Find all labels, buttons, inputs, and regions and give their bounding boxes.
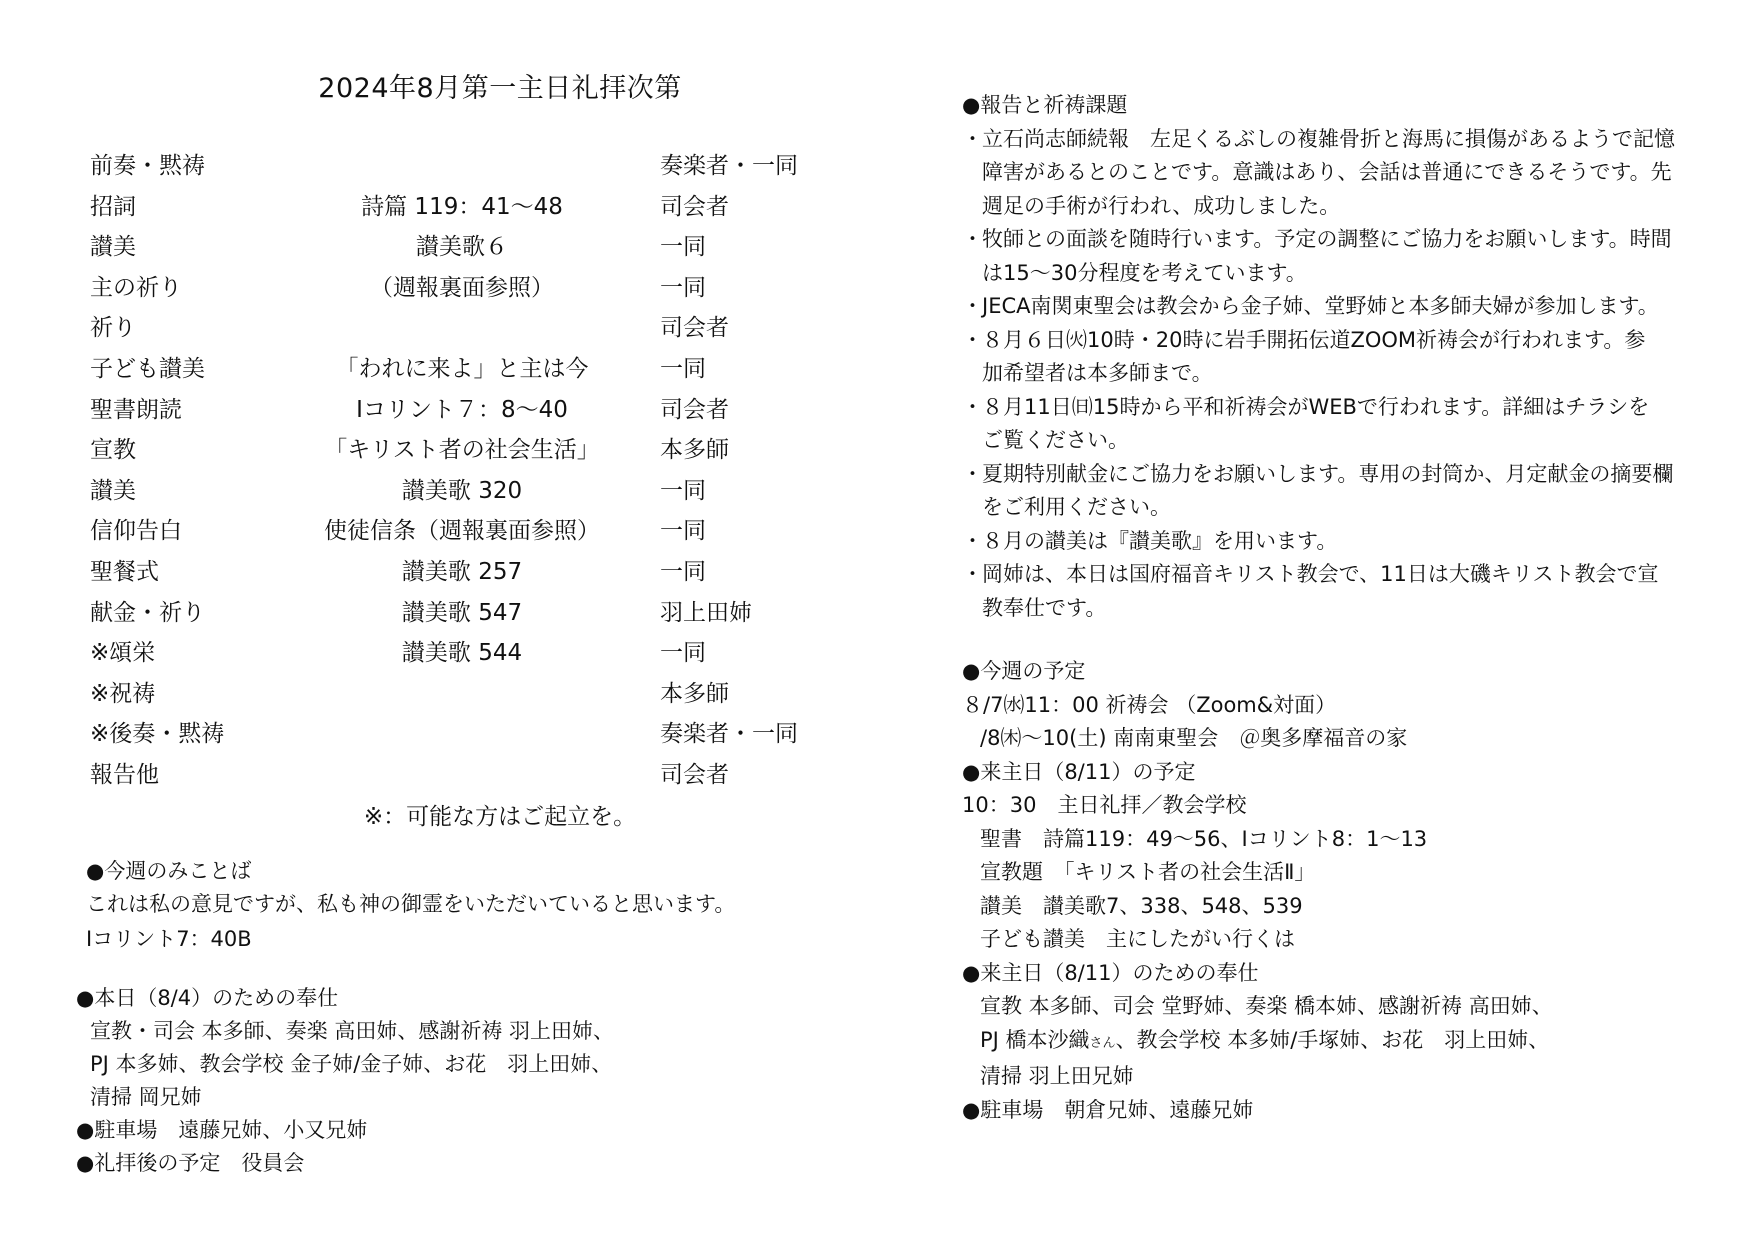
order-leader: 本多師 bbox=[660, 676, 729, 712]
stand-note: ※：可能な方はご起立を。 bbox=[0, 798, 1000, 831]
order-content: 讃美歌 257 bbox=[290, 554, 634, 590]
order-row: ※後奏・黙祷奏楽者・一同 bbox=[90, 716, 850, 757]
bullet-icon: ・ bbox=[962, 123, 983, 157]
after-service: ●礼拝後の予定 役員会 bbox=[76, 1147, 614, 1180]
order-leader: 一同 bbox=[660, 229, 706, 265]
today-service: ●本日（8/4）のための奉仕 宣教・司会 本多師、奏楽 高田姉、感謝祈祷 羽上田… bbox=[76, 982, 614, 1180]
report-line: ８月の讃美は『讃美歌』を用います。 bbox=[982, 525, 1722, 559]
bullet-icon: ・ bbox=[962, 525, 983, 559]
order-leader: 本多師 bbox=[660, 432, 729, 468]
order-row: 聖餐式讃美歌 257一同 bbox=[90, 554, 850, 595]
order-row: 信仰告白使徒信条（週報裏面参照）一同 bbox=[90, 513, 850, 554]
order-leader: 一同 bbox=[660, 270, 706, 306]
next-service-pj: PJ 橋本沙織 bbox=[980, 1028, 1090, 1052]
order-content: 讃美歌 547 bbox=[290, 595, 634, 631]
order-item: 宣教 bbox=[90, 432, 136, 468]
order-row: ※祝祷本多師 bbox=[90, 676, 850, 717]
order-item: 祈り bbox=[90, 310, 136, 346]
report-item: ・ 夏期特別献金にご協力をお願いします。専用の封筒か、月定献金の摘要欄 をご利用… bbox=[962, 458, 1722, 525]
report-line: JECA南関東聖会は教会から金子姉、堂野姉と本多師夫婦が参加します。 bbox=[982, 290, 1722, 324]
reports-section: ●報告と祈祷課題 ・ 立石尚志師続報 左足くるぶしの複雑骨折と海馬に損傷があるよ… bbox=[962, 89, 1722, 625]
order-leader: 一同 bbox=[660, 635, 706, 671]
order-row: 報告他司会者 bbox=[90, 757, 850, 798]
word-of-week-heading: ●今週のみことば bbox=[86, 855, 735, 888]
order-content: 讃美歌６ bbox=[290, 229, 634, 265]
order-content: 讃美歌 320 bbox=[290, 473, 634, 509]
next-service-heading: ●来主日（8/11）のための奉仕 bbox=[962, 957, 1722, 991]
order-leader: 司会者 bbox=[660, 189, 729, 225]
this-week-line: /8㈭～10(土) 南南東聖会 ＠奥多摩福音の家 bbox=[962, 722, 1722, 756]
order-leader: 一同 bbox=[660, 473, 706, 509]
today-service-heading: ●本日（8/4）のための奉仕 bbox=[76, 982, 614, 1015]
report-line: 加希望者は本多師まで。 bbox=[982, 357, 1722, 391]
next-sunday-detail: 子ども讃美 主にしたがい行くは bbox=[962, 923, 1722, 957]
order-row: 子ども讃美「われに来よ」と主は今一同 bbox=[90, 351, 850, 392]
report-line: 教奉仕です。 bbox=[982, 592, 1722, 626]
order-content: Ⅰコリント７：8～40 bbox=[290, 392, 634, 428]
this-week-line: ８/7㈬11：00 祈祷会 （Zoom&対面） bbox=[962, 689, 1722, 723]
report-item: ・ 岡姉は、本日は国府福音キリスト教会で、11日は大磯キリスト教会で宣 教奉仕で… bbox=[962, 558, 1722, 625]
order-row: 招詞詩篇 119：41～48司会者 bbox=[90, 189, 850, 230]
report-line: 牧師との面談を随時行います。予定の調整にご協力をお願いします。時間 bbox=[982, 223, 1722, 257]
word-of-week-reference: Ⅰコリント7：40B bbox=[86, 923, 735, 956]
order-item: ※頌栄 bbox=[90, 635, 155, 671]
report-item: ・ 牧師との面談を随時行います。予定の調整にご協力をお願いします。時間 は15～… bbox=[962, 223, 1722, 290]
report-line: ８月６日㈫10時・20時に岩手開拓伝道ZOOM祈祷会が行われます。参 bbox=[982, 324, 1722, 358]
honorific: さん bbox=[1090, 1036, 1116, 1051]
report-line: ８月11日㈰15時から平和祈祷会がWEBで行われます。詳細はチラシを bbox=[982, 391, 1722, 425]
report-item: ・ ８月11日㈰15時から平和祈祷会がWEBで行われます。詳細はチラシを ご覧く… bbox=[962, 391, 1722, 458]
next-sunday-heading: ●来主日（8/11）の予定 bbox=[962, 756, 1722, 790]
order-content: 詩篇 119：41～48 bbox=[290, 189, 634, 225]
order-item: 讃美 bbox=[90, 229, 136, 265]
bullet-icon: ・ bbox=[962, 558, 983, 592]
order-leader: 一同 bbox=[660, 351, 706, 387]
order-leader: 羽上田姉 bbox=[660, 595, 752, 631]
parking-next: ●駐車場 朝倉兄姉、遠藤兄姉 bbox=[962, 1094, 1722, 1128]
report-line: ご覧ください。 bbox=[982, 424, 1722, 458]
order-item: ※後奏・黙祷 bbox=[90, 716, 224, 752]
order-content: （週報裏面参照） bbox=[290, 270, 634, 306]
order-content: 使徒信条（週報裏面参照） bbox=[290, 513, 634, 549]
order-row: ※頌栄讃美歌 544一同 bbox=[90, 635, 850, 676]
order-row: 讃美讃美歌６一同 bbox=[90, 229, 850, 270]
today-service-line: PJ 本多姉、教会学校 金子姉/金子姉、お花 羽上田姉、 bbox=[76, 1048, 614, 1081]
order-item: 主の祈り bbox=[90, 270, 182, 306]
order-row: 献金・祈り讃美歌 547羽上田姉 bbox=[90, 595, 850, 636]
order-item: 報告他 bbox=[90, 757, 159, 793]
order-row: 祈り司会者 bbox=[90, 310, 850, 351]
report-item: ・ 立石尚志師続報 左足くるぶしの複雑骨折と海馬に損傷があるようで記憶 障害があ… bbox=[962, 123, 1722, 224]
report-line: は15～30分程度を考えています。 bbox=[982, 257, 1722, 291]
next-service-rest: 、教会学校 本多姉/手塚姉、お花 羽上田姉、 bbox=[1116, 1028, 1550, 1052]
report-line: 岡姉は、本日は国府福音キリスト教会で、11日は大磯キリスト教会で宣 bbox=[982, 558, 1722, 592]
next-service-line: 清掃 羽上田兄姉 bbox=[962, 1060, 1722, 1094]
order-content: 讃美歌 544 bbox=[290, 635, 634, 671]
today-service-line: 清掃 岡兄姉 bbox=[76, 1081, 614, 1114]
order-item: ※祝祷 bbox=[90, 676, 155, 712]
bullet-icon: ・ bbox=[962, 391, 983, 425]
order-row: 宣教「キリスト者の社会生活」本多師 bbox=[90, 432, 850, 473]
parking-today: ●駐車場 遠藤兄姉、小又兄姉 bbox=[76, 1114, 614, 1147]
order-item: 聖餐式 bbox=[90, 554, 159, 590]
report-line: 障害があるとのことです。意識はあり、会話は普通にできるそうです。先 bbox=[982, 156, 1722, 190]
order-item: 献金・祈り bbox=[90, 595, 205, 631]
order-content: 「われに来よ」と主は今 bbox=[290, 351, 634, 387]
today-service-line: 宣教・司会 本多師、奏楽 高田姉、感謝祈祷 羽上田姉、 bbox=[76, 1015, 614, 1048]
next-service-line: 宣教 本多師、司会 堂野姉、奏楽 橋本姉、感謝祈祷 高田姉、 bbox=[962, 990, 1722, 1024]
order-item: 子ども讃美 bbox=[90, 351, 205, 387]
order-item: 信仰告白 bbox=[90, 513, 182, 549]
next-service-line: PJ 橋本沙織さん、教会学校 本多姉/手塚姉、お花 羽上田姉、 bbox=[962, 1024, 1722, 1061]
next-sunday-time: 10：30 主日礼拝／教会学校 bbox=[962, 789, 1722, 823]
order-item: 讃美 bbox=[90, 473, 136, 509]
report-item: ・ JECA南関東聖会は教会から金子姉、堂野姉と本多師夫婦が参加します。 bbox=[962, 290, 1722, 324]
order-item: 聖書朗読 bbox=[90, 392, 182, 428]
order-leader: 司会者 bbox=[660, 310, 729, 346]
order-leader: 奏楽者・一同 bbox=[660, 148, 798, 184]
order-of-service: 前奏・黙祷奏楽者・一同 招詞詩篇 119：41～48司会者 讃美讃美歌６一同 主… bbox=[90, 148, 850, 798]
order-item: 招詞 bbox=[90, 189, 136, 225]
next-sunday-detail: 宣教題 「キリスト者の社会生活Ⅱ」 bbox=[962, 856, 1722, 890]
order-leader: 一同 bbox=[660, 513, 706, 549]
order-leader: 一同 bbox=[660, 554, 706, 590]
order-leader: 司会者 bbox=[660, 392, 729, 428]
order-row: 前奏・黙祷奏楽者・一同 bbox=[90, 148, 850, 189]
page-title: 2024年8月第一主日礼拝次第 bbox=[0, 66, 1000, 105]
bullet-icon: ・ bbox=[962, 324, 983, 358]
report-line: 夏期特別献金にご協力をお願いします。専用の封筒か、月定献金の摘要欄 bbox=[982, 458, 1722, 492]
bullet-icon: ・ bbox=[962, 290, 983, 324]
order-row: 聖書朗読Ⅰコリント７：8～40司会者 bbox=[90, 392, 850, 433]
report-line: 週足の手術が行われ、成功しました。 bbox=[982, 190, 1722, 224]
report-item: ・ ８月６日㈫10時・20時に岩手開拓伝道ZOOM祈祷会が行われます。参 加希望… bbox=[962, 324, 1722, 391]
report-line: をご利用ください。 bbox=[982, 491, 1722, 525]
schedule-section: ●今週の予定 ８/7㈬11：00 祈祷会 （Zoom&対面） /8㈭～10(土)… bbox=[962, 655, 1722, 1127]
order-row: 讃美讃美歌 320一同 bbox=[90, 473, 850, 514]
order-row: 主の祈り（週報裏面参照）一同 bbox=[90, 270, 850, 311]
order-content: 「キリスト者の社会生活」 bbox=[290, 432, 634, 468]
report-line: 立石尚志師続報 左足くるぶしの複雑骨折と海馬に損傷があるようで記憶 bbox=[982, 123, 1722, 157]
word-of-week-verse: これは私の意見ですが、私も神の御霊をいただいていると思います。 bbox=[86, 888, 735, 921]
order-item: 前奏・黙祷 bbox=[90, 148, 205, 184]
report-item: ・ ８月の讃美は『讃美歌』を用います。 bbox=[962, 525, 1722, 559]
order-leader: 司会者 bbox=[660, 757, 729, 793]
reports-heading: ●報告と祈祷課題 bbox=[962, 89, 1722, 123]
order-leader: 奏楽者・一同 bbox=[660, 716, 798, 752]
bullet-icon: ・ bbox=[962, 458, 983, 492]
this-week-heading: ●今週の予定 bbox=[962, 655, 1722, 689]
next-sunday-detail: 讃美 讃美歌7、338、548、539 bbox=[962, 890, 1722, 924]
bullet-icon: ・ bbox=[962, 223, 983, 257]
next-sunday-detail: 聖書 詩篇119：49～56、Ⅰコリント8：1～13 bbox=[962, 823, 1722, 857]
word-of-week: ●今週のみことば これは私の意見ですが、私も神の御霊をいただいていると思います。… bbox=[86, 855, 735, 956]
